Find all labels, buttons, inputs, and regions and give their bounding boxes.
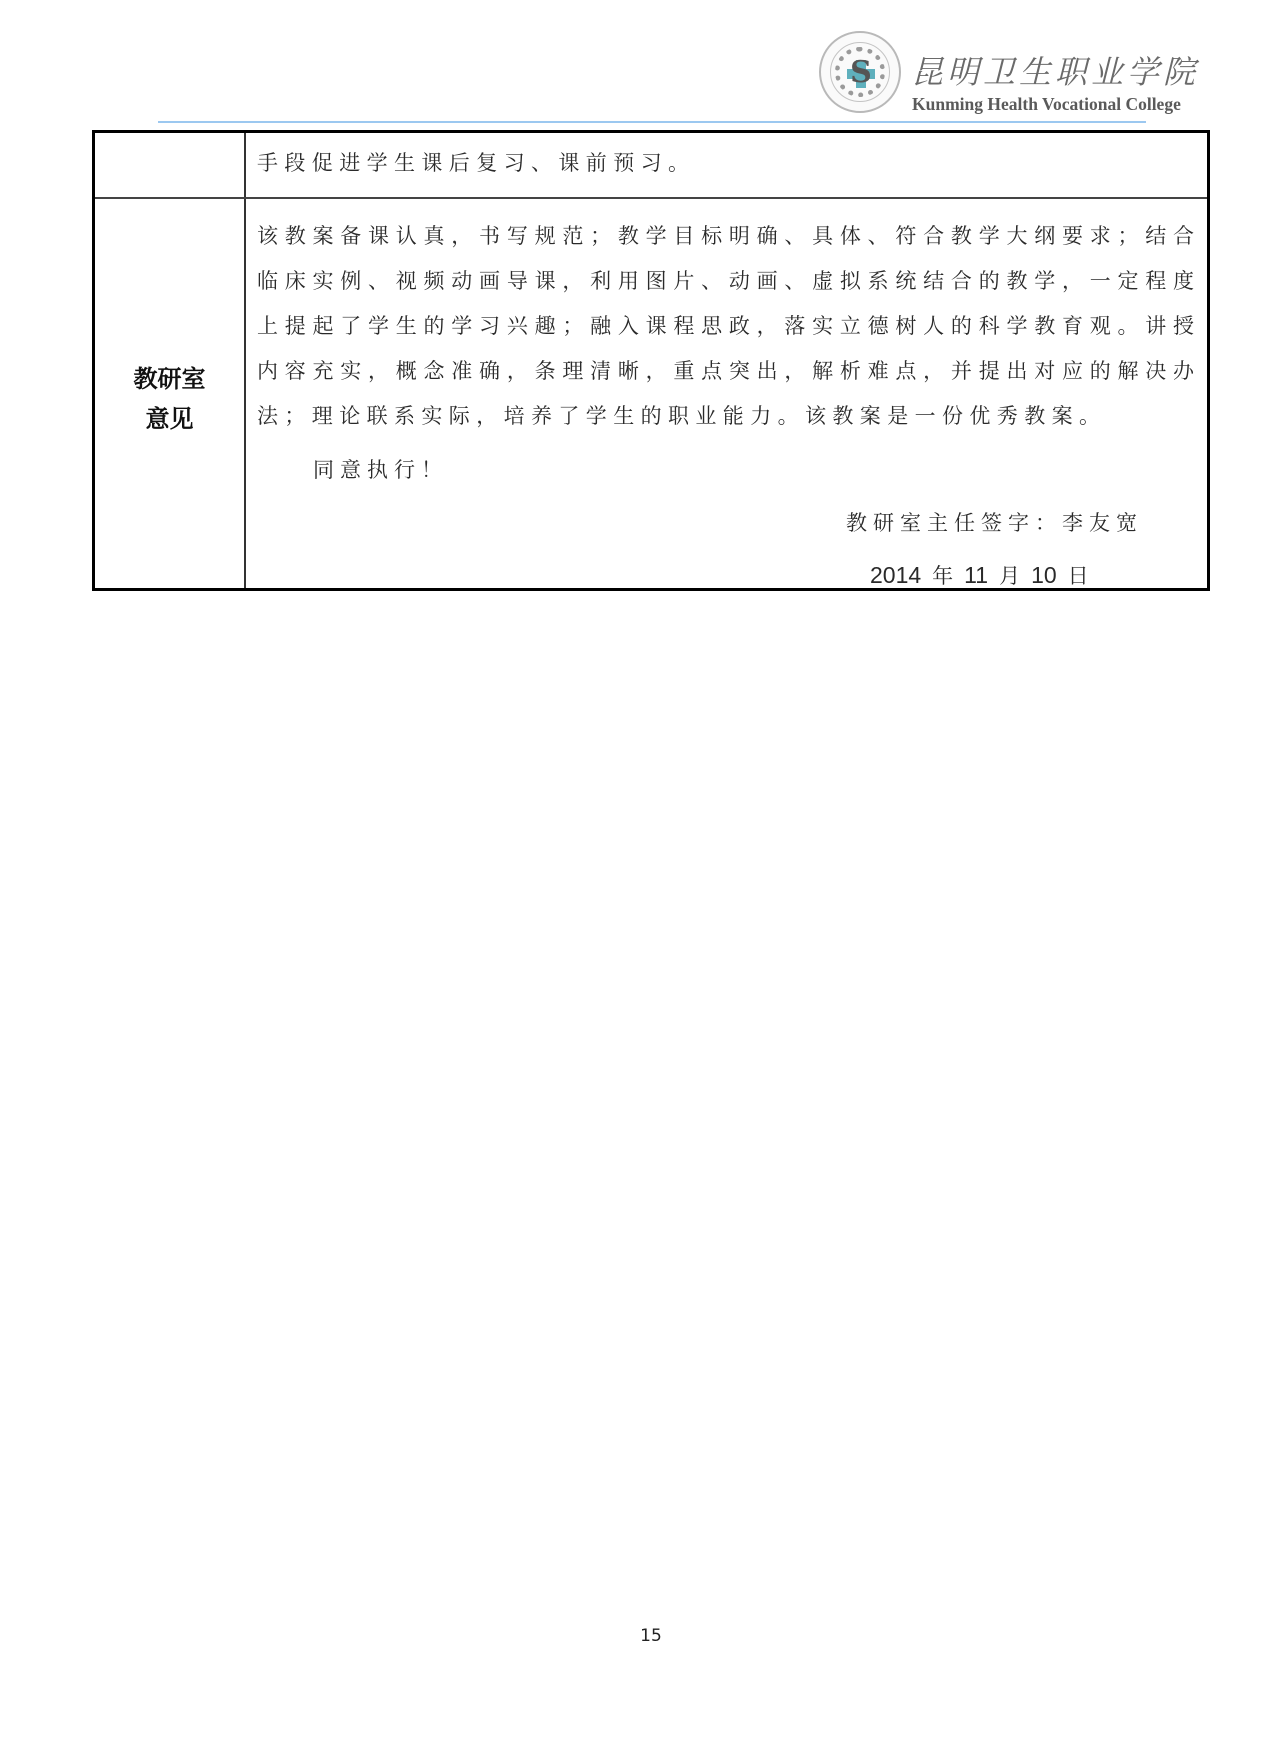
opinion-line: 该教案备课认真，书写规范；教学目标明确、具体、符合教学大纲要求；结合 bbox=[257, 221, 1194, 251]
date-day: 10 bbox=[1031, 562, 1057, 588]
director-signature: 教研室主任签字：李友宽 bbox=[846, 508, 1143, 538]
page-number: 15 bbox=[0, 1626, 1271, 1646]
opinion-line: 法；理论联系实际，培养了学生的职业能力。该教案是一份优秀教案。 bbox=[257, 401, 1194, 431]
approval-text: 同意执行！ bbox=[313, 455, 448, 485]
date-year-unit: 年 bbox=[932, 564, 953, 588]
row2-label-line2: 意见 bbox=[95, 399, 244, 439]
emblem-serpent: S bbox=[849, 53, 873, 93]
college-name-chinese: 昆明卫生职业学院 bbox=[911, 50, 1201, 94]
date-month-unit: 月 bbox=[999, 564, 1020, 588]
date-year: 2014 bbox=[870, 562, 921, 588]
opinion-line: 内容充实，概念准确，条理清晰，重点突出，解析难点，并提出对应的解决办 bbox=[257, 356, 1194, 386]
row-divider bbox=[95, 197, 1207, 199]
college-name-english: Kunming Health Vocational College bbox=[912, 93, 1181, 115]
row1-text: 手段促进学生课后复习、课前预习。 bbox=[257, 148, 1194, 178]
evaluation-table: 手段促进学生课后复习、课前预习。 教研室 意见 该教案备课认真，书写规范；教学目… bbox=[92, 130, 1210, 591]
college-emblem-icon: S bbox=[819, 31, 901, 113]
row2-label-line1: 教研室 bbox=[95, 359, 244, 399]
signature-date: 2014年11月10日 bbox=[870, 560, 1100, 590]
opinion-line: 临床实例、视频动画导课，利用图片、动画、虚拟系统结合的教学，一定程度 bbox=[257, 266, 1194, 296]
column-divider bbox=[244, 133, 246, 588]
date-month: 11 bbox=[964, 562, 988, 588]
date-day-unit: 日 bbox=[1068, 564, 1089, 588]
header-divider bbox=[158, 121, 1146, 123]
opinion-line: 上提起了学生的学习兴趣；融入课程思政，落实立德树人的科学教育观。讲授 bbox=[257, 311, 1194, 341]
